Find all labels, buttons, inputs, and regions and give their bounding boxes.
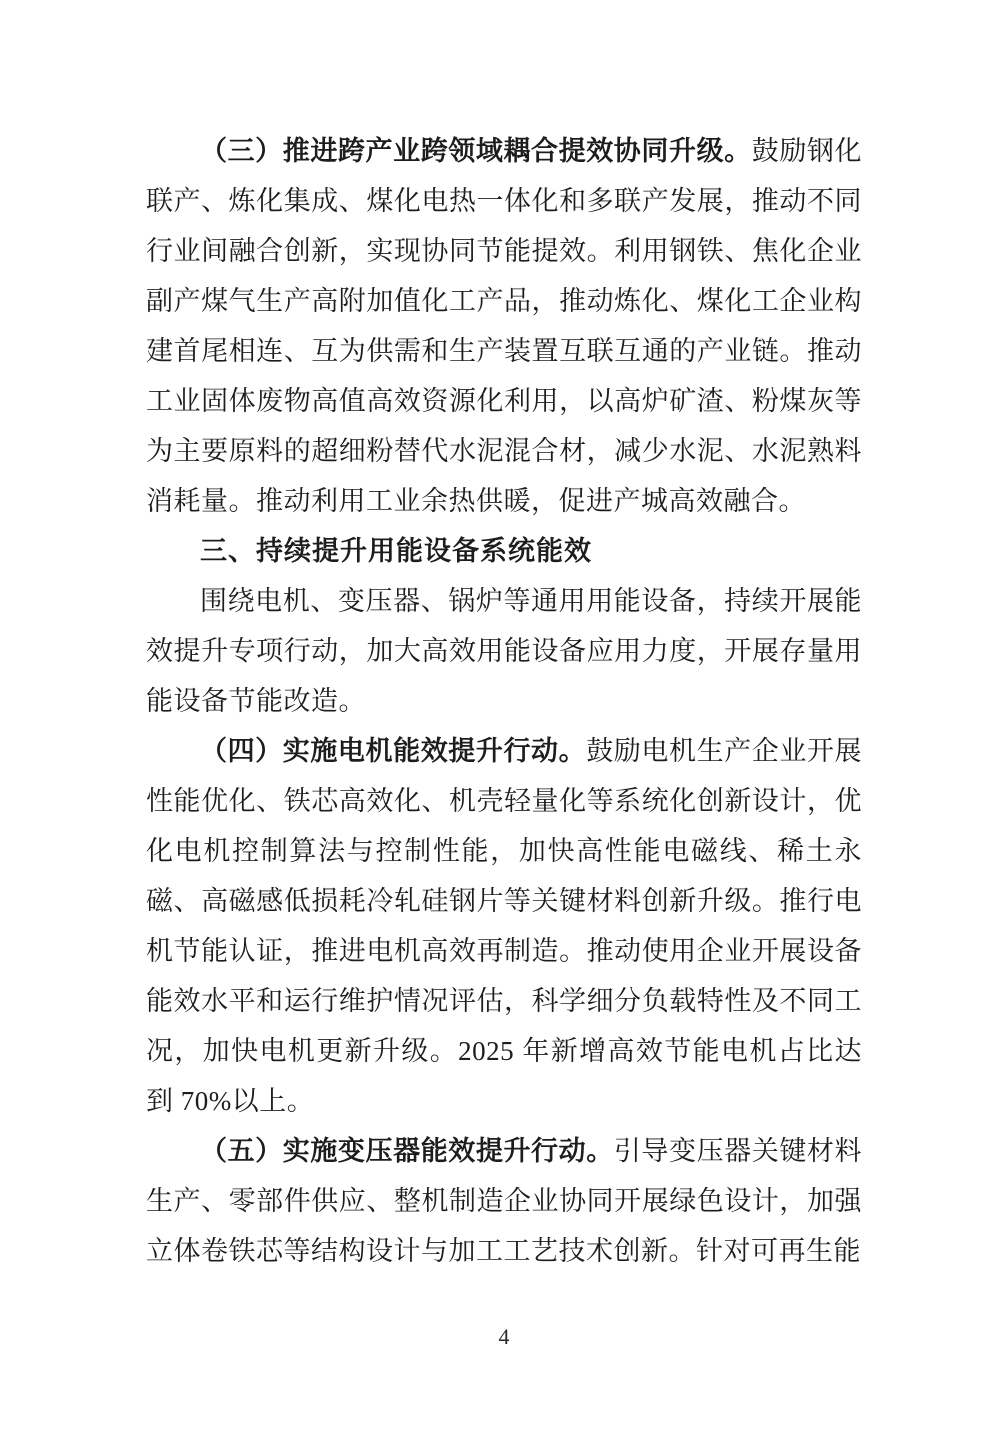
paragraph-section-3-text: 鼓励钢化联产、炼化集成、煤化电热一体化和多联产发展，推动不同行业间融合创新，实现… <box>146 136 862 516</box>
paragraph-section-4-text: 鼓励电机生产企业开展性能优化、铁芯高效化、机壳轻量化等系统化创新设计，优化电机控… <box>146 736 862 1116</box>
paragraph-equipment-intro-text: 围绕电机、变压器、锅炉等通用用能设备，持续开展能效提升专项行动，加大高效用能设备… <box>146 586 862 716</box>
page-number: 4 <box>0 1322 1008 1352</box>
paragraph-section-5: （五）实施变压器能效提升行动。引导变压器关键材料生产、零部件供应、整机制造企业协… <box>146 1126 862 1276</box>
document-page: （三）推进跨产业跨领域耦合提效协同升级。鼓励钢化联产、炼化集成、煤化电热一体化和… <box>0 0 1008 1435</box>
paragraph-section-3-lead: （三）推进跨产业跨领域耦合提效协同升级。 <box>200 136 752 166</box>
paragraph-section-4: （四）实施电机能效提升行动。鼓励电机生产企业开展性能优化、铁芯高效化、机壳轻量化… <box>146 726 862 1126</box>
paragraph-section-3: （三）推进跨产业跨领域耦合提效协同升级。鼓励钢化联产、炼化集成、煤化电热一体化和… <box>146 126 862 526</box>
paragraph-section-4-lead: （四）实施电机能效提升行动。 <box>200 736 586 766</box>
document-body: （三）推进跨产业跨领域耦合提效协同升级。鼓励钢化联产、炼化集成、煤化电热一体化和… <box>146 126 862 1276</box>
paragraph-equipment-intro: 围绕电机、变压器、锅炉等通用用能设备，持续开展能效提升专项行动，加大高效用能设备… <box>146 576 862 726</box>
paragraph-section-5-lead: （五）实施变压器能效提升行动。 <box>200 1136 614 1166</box>
section-heading-3: 三、持续提升用能设备系统能效 <box>146 526 862 576</box>
